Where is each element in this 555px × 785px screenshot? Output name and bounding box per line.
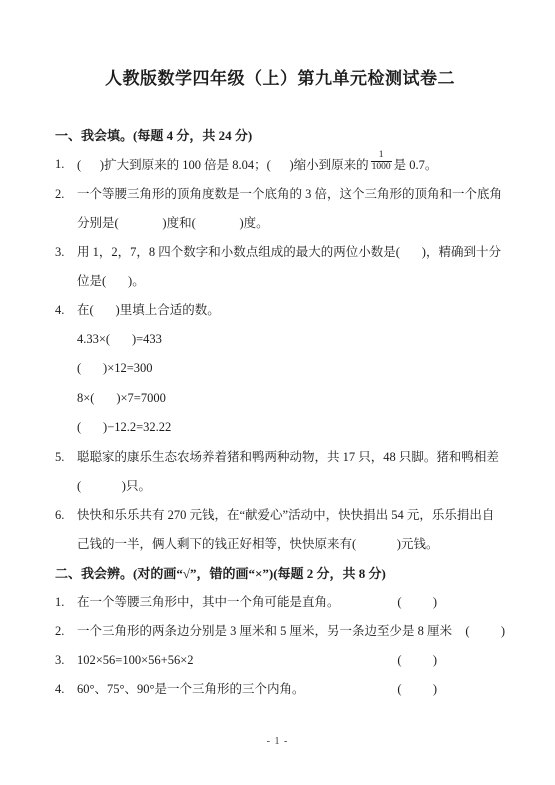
fraction-numerator: 1 (371, 150, 392, 162)
exam-page: 人教版数学四年级（上）第九单元检测试卷二 一、我会填。(每题 4 分，共 24 … (0, 0, 555, 785)
equation-line-2: ( )×12=300 (55, 354, 505, 384)
question-text: 60°、75°、90°是一个三角形的三个内角。 (77, 675, 305, 704)
section-true-false: 二、我会辨。(对的画“√”，错的画“×”)(每题 2 分，共 8 分) 1. 在… (55, 559, 505, 704)
fraction: 11000 (371, 150, 392, 173)
question-text: 102×56=100×56+56×2 (77, 646, 194, 675)
question-number: 4. (55, 296, 77, 325)
exam-title: 人教版数学四年级（上）第九单元检测试卷二 (55, 68, 505, 91)
answer-blank: ( ) (465, 617, 505, 646)
tf-question-3: 3. 102×56=100×56+56×2 ( ) (55, 646, 505, 675)
question-1-part1: ( )扩大到原来的 100 倍是 8.04；( )缩小到原来的 (77, 158, 369, 172)
question-4: 4. 在( )里填上合适的数。 (55, 296, 505, 325)
question-number: 2. (55, 180, 77, 209)
section2-heading: 二、我会辨。(对的画“√”，错的画“×”)(每题 2 分，共 8 分) (55, 559, 505, 588)
equation-line-3: 8×( )×7=7000 (55, 384, 505, 414)
question-number: 2. (55, 617, 77, 646)
section-fill-in: 一、我会填。(每题 4 分，共 24 分) 1. ( )扩大到原来的 100 倍… (55, 121, 505, 559)
question-2: 2. 一个等腰三角形的顶角度数是一个底角的 3 倍，这个三角形的顶角和一个底角分… (55, 180, 505, 238)
question-text: 一个等腰三角形的顶角度数是一个底角的 3 倍，这个三角形的顶角和一个底角分别是(… (77, 180, 505, 238)
question-text: 聪聪家的康乐生态农场养着猪和鸭两种动物，共 17 只，48 只脚。猪和鸭相差( … (77, 443, 505, 501)
tf-question-2: 2. 一个三角形的两条边分别是 3 厘米和 5 厘米，另一条边至少是 8 厘米 … (55, 617, 505, 646)
question-number: 5. (55, 443, 77, 472)
question-1-part2: 是 0.7。 (394, 158, 438, 172)
question-text: 快快和乐乐共有 270 元钱，在“献爱心”活动中，快快捐出 54 元，乐乐捐出自… (77, 501, 505, 559)
tf-question-4: 4. 60°、75°、90°是一个三角形的三个内角。 ( ) (55, 675, 505, 704)
answer-blank: ( ) (397, 646, 437, 675)
page-number: - 1 - (0, 736, 555, 747)
question-number: 3. (55, 238, 77, 267)
question-number: 3. (55, 646, 77, 675)
question-5: 5. 聪聪家的康乐生态农场养着猪和鸭两种动物，共 17 只，48 只脚。猪和鸭相… (55, 443, 505, 501)
question-text: 用 1，2，7，8 四个数字和小数点组成的最大的两位小数是( )，精确到十分位是… (77, 238, 505, 296)
question-3: 3. 用 1，2，7，8 四个数字和小数点组成的最大的两位小数是( )，精确到十… (55, 238, 505, 296)
question-text: 在( )里填上合适的数。 (77, 296, 505, 325)
question-number: 1. (55, 588, 77, 617)
question-text: 一个三角形的两条边分别是 3 厘米和 5 厘米，另一条边至少是 8 厘米 (77, 617, 452, 646)
question-1: 1. ( )扩大到原来的 100 倍是 8.04；( )缩小到原来的11000是… (55, 150, 505, 180)
question-text: ( )扩大到原来的 100 倍是 8.04；( )缩小到原来的11000是 0.… (77, 150, 505, 180)
question-number: 4. (55, 675, 77, 704)
equation-line-1: 4.33×( )=433 (55, 325, 505, 355)
tf-question-1: 1. 在一个等腰三角形中，其中一个角可能是直角。 ( ) (55, 588, 505, 617)
answer-blank: ( ) (397, 675, 437, 704)
answer-blank: ( ) (397, 588, 437, 617)
question-number: 1. (55, 150, 77, 179)
section1-heading: 一、我会填。(每题 4 分，共 24 分) (55, 121, 505, 150)
equation-line-4: ( )−12.2=32.22 (55, 413, 505, 443)
fraction-denominator: 1000 (371, 162, 392, 173)
question-text: 在一个等腰三角形中，其中一个角可能是直角。 (77, 588, 340, 617)
question-6: 6. 快快和乐乐共有 270 元钱，在“献爱心”活动中，快快捐出 54 元，乐乐… (55, 501, 505, 559)
question-number: 6. (55, 501, 77, 530)
